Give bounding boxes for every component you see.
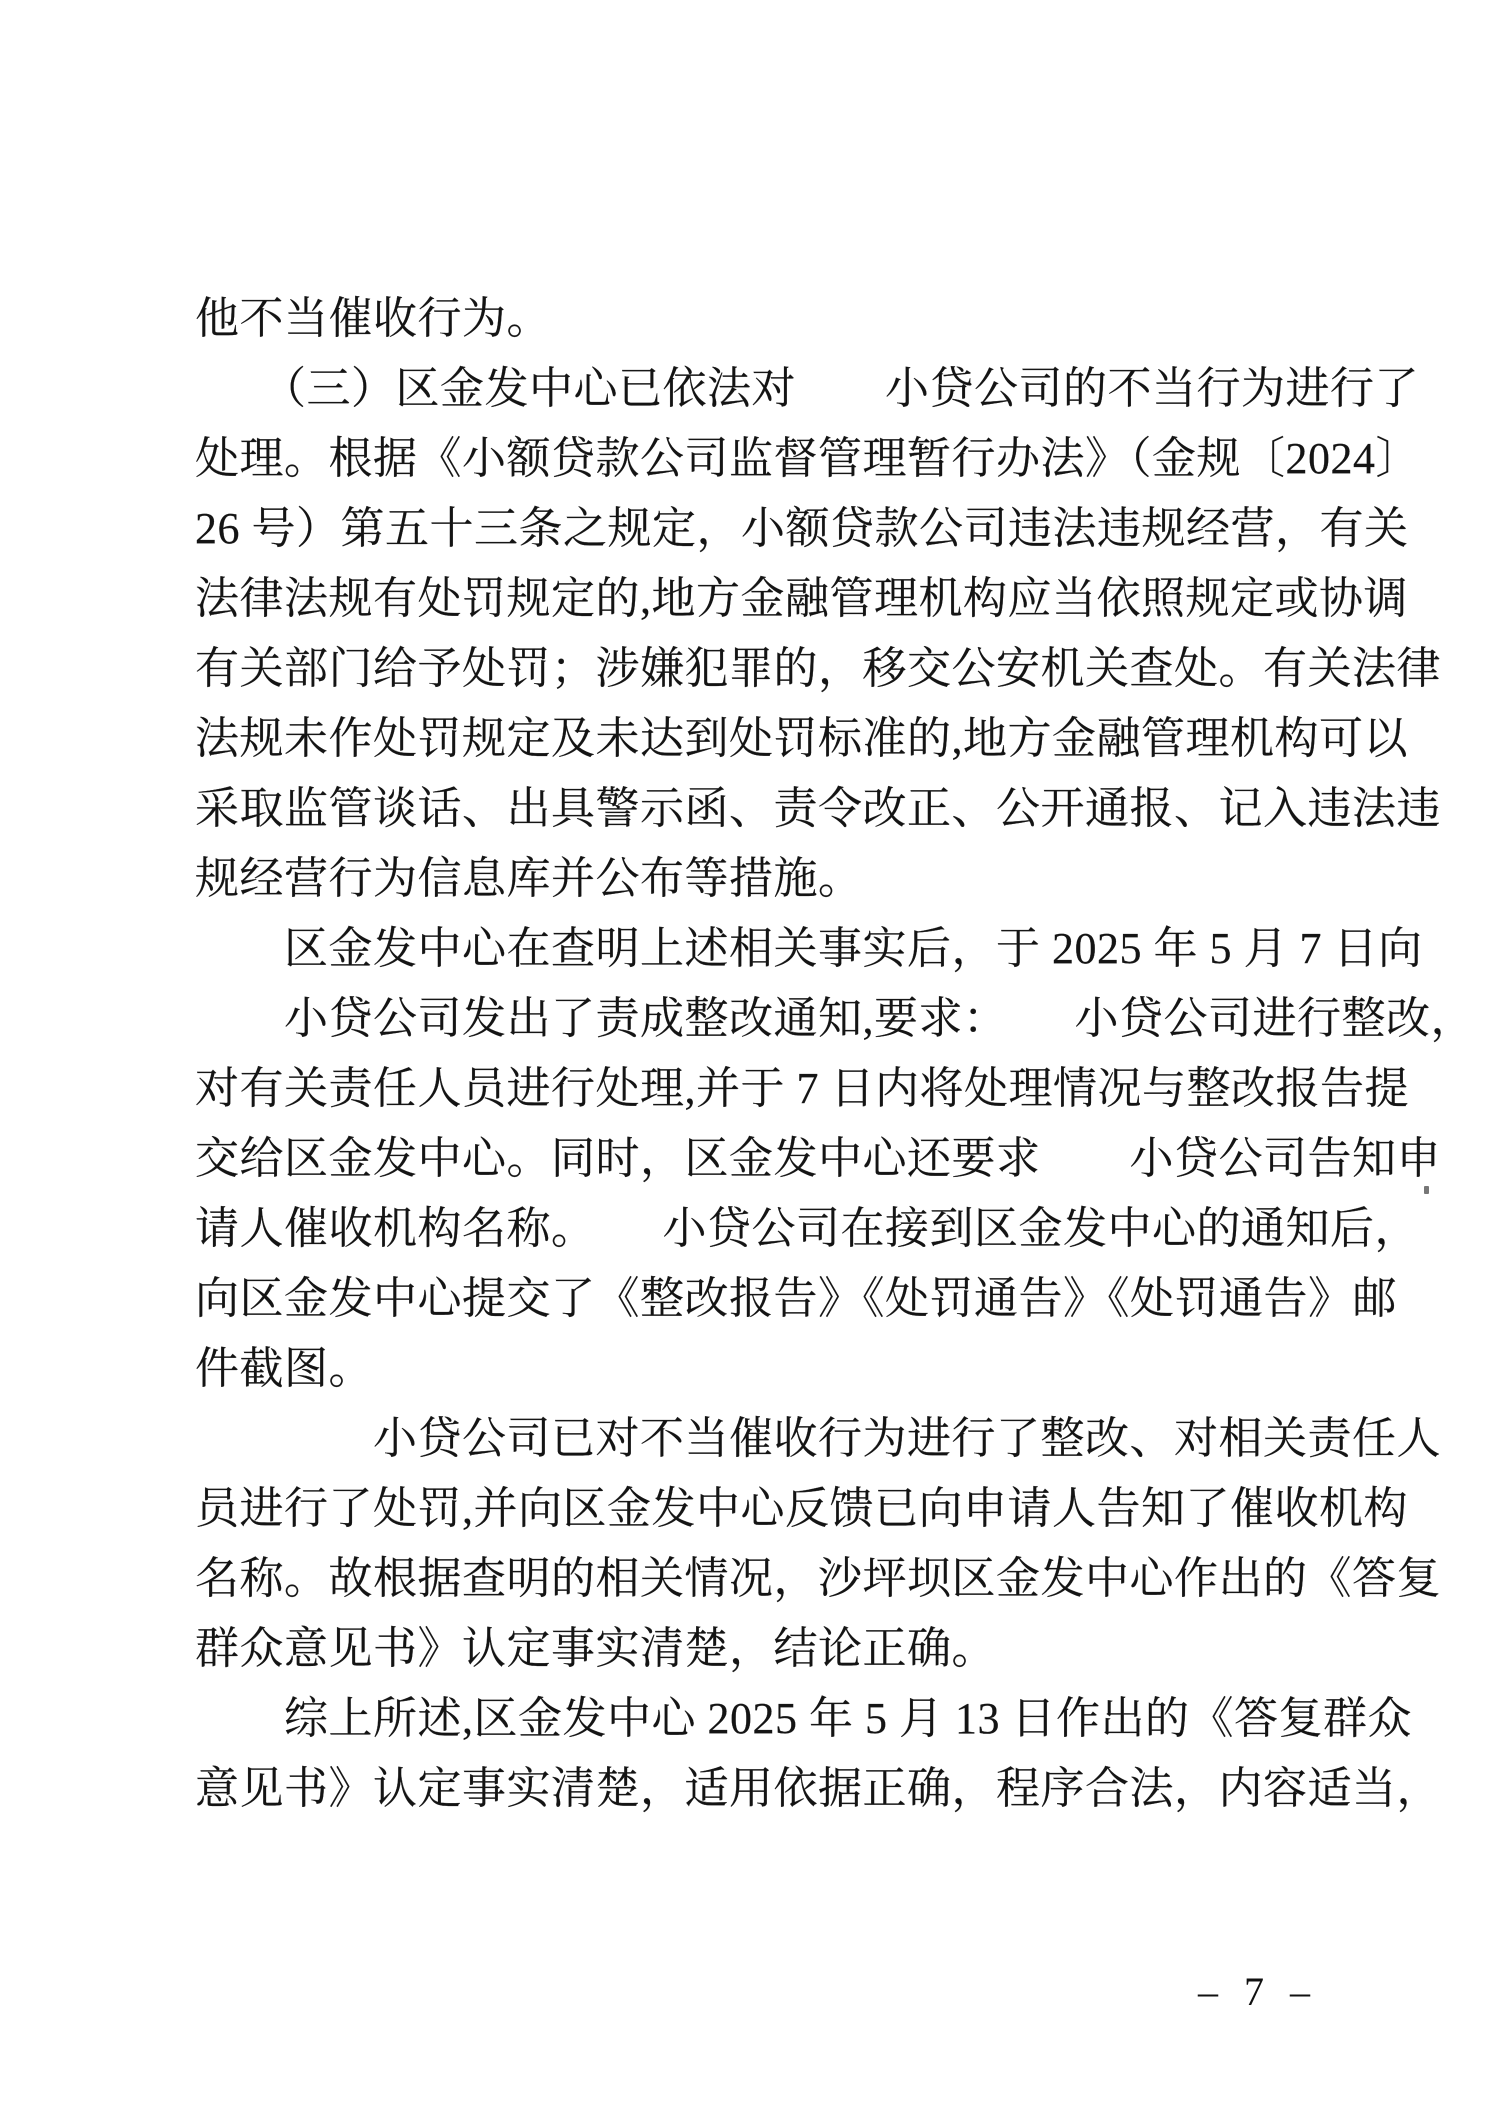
document-line: 采取监管谈话、出具警示函、责令改正、公开通报、记入违法违	[195, 774, 1405, 844]
document-line: 名称。故根据查明的相关情况，沙坪坝区金发中心作出的《答复	[195, 1544, 1405, 1614]
document-line: 请人催收机构名称。 小贷公司在接到区金发中心的通知后，	[195, 1194, 1405, 1264]
document-line: 规经营行为信息库并公布等措施。	[195, 844, 1405, 914]
document-line: 26 号）第五十三条之规定，小额贷款公司违法违规经营，有关	[195, 494, 1405, 564]
document-line: 员进行了处罚,并向区金发中心反馈已向申请人告知了催收机构	[195, 1474, 1405, 1544]
document-line: 交给区金发中心。同时，区金发中心还要求 小贷公司告知申	[195, 1124, 1405, 1194]
document-line: 小贷公司发出了责成整改通知,要求： 小贷公司进行整改，	[195, 984, 1405, 1054]
document-line: 向区金发中心提交了《整改报告》《处罚通告》《处罚通告》邮	[195, 1264, 1405, 1334]
document-line: 综上所述,区金发中心 2025 年 5 月 13 日作出的《答复群众	[195, 1684, 1405, 1754]
page-number: – 7 –	[1198, 1968, 1318, 2016]
document-line: 件截图。	[195, 1334, 1405, 1404]
document-line: 法规未作处罚规定及未达到处罚标准的,地方金融管理机构可以	[195, 704, 1405, 774]
document-line: （三）区金发中心已依法对 小贷公司的不当行为进行了	[195, 354, 1405, 424]
document-line: 小贷公司已对不当催收行为进行了整改、对相关责任人	[195, 1404, 1405, 1474]
document-line: 法律法规有处罚规定的,地方金融管理机构应当依照规定或协调	[195, 564, 1405, 634]
document-line: 处理。根据《小额贷款公司监督管理暂行办法》（金规〔2024〕	[195, 424, 1405, 494]
document-body: 他不当催收行为。 （三）区金发中心已依法对 小贷公司的不当行为进行了 处理。根据…	[195, 284, 1405, 1824]
document-line: 有关部门给予处罚；涉嫌犯罪的，移交公安机关查处。有关法律	[195, 634, 1405, 704]
document-line: 他不当催收行为。	[195, 284, 1405, 354]
document-line: 意见书》认定事实清楚，适用依据正确，程序合法，内容适当，	[195, 1754, 1405, 1824]
document-line: 区金发中心在查明上述相关事实后，于 2025 年 5 月 7 日向	[195, 914, 1405, 984]
document-line: 群众意见书》认定事实清楚，结论正确。	[195, 1614, 1405, 1684]
ink-speck	[1424, 1186, 1429, 1194]
document-page: 他不当催收行为。 （三）区金发中心已依法对 小贷公司的不当行为进行了 处理。根据…	[0, 0, 1487, 2105]
document-line: 对有关责任人员进行处理,并于 7 日内将处理情况与整改报告提	[195, 1054, 1405, 1124]
